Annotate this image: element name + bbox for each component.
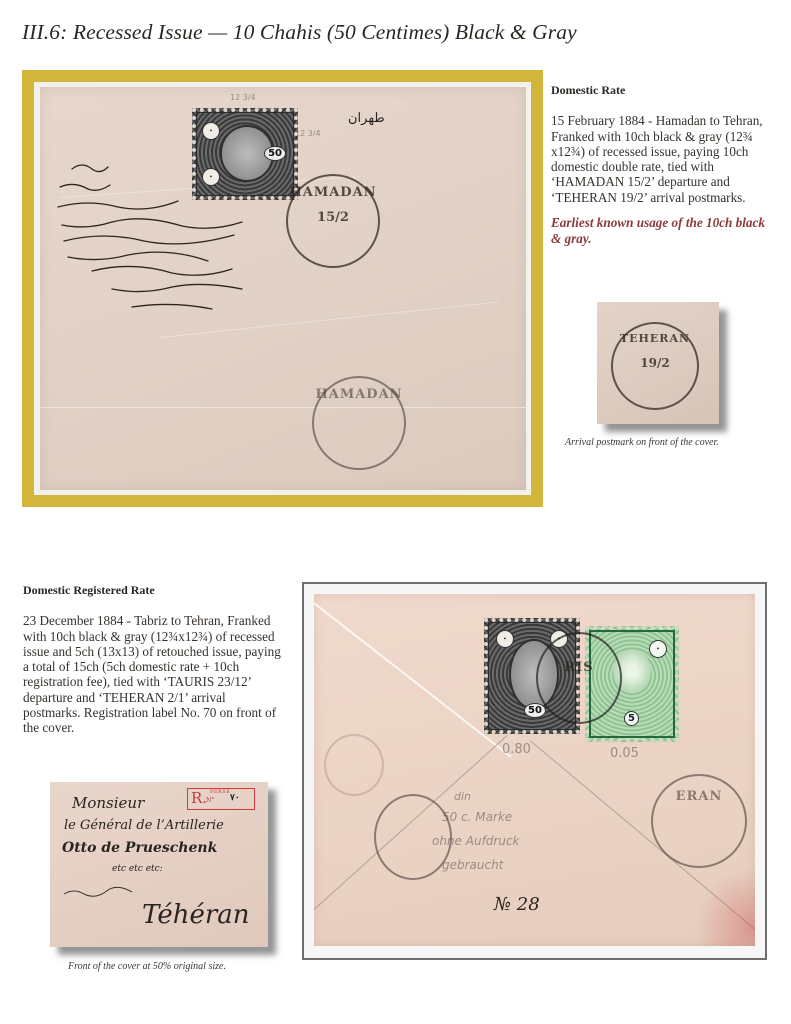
section-2-heading: Domestic Registered Rate [23,583,283,598]
registration-label: R. PERSE N° ٧٠ [187,788,255,810]
fold-line [40,407,526,408]
arrival-postmark-caption: Arrival postmark on front of the cover. [565,437,719,448]
postmark-teheran-arrival: ERAN [651,774,747,868]
arrival-postmark-detail: TEHERAN 19/2 [597,302,719,424]
front-cover-caption: Front of the cover at 50% original size. [68,961,226,972]
cover-2-image: • • 50 • 5 0.80 0.05 RIS ERAN din 50 c. … [314,594,755,946]
postmark-ghost [324,734,384,796]
flap-note-line: ohne Aufdruck [432,834,520,848]
stamp-value: 5 [624,711,639,726]
postmark-hamadan-backstamp: HAMADAN [312,376,406,470]
page-title: III.6: Recessed Issue — 10 Chahis (50 Ce… [22,20,577,45]
stamp-corner: • [202,122,220,140]
cover-2-frame: • • 50 • 5 0.80 0.05 RIS ERAN din 50 c. … [302,582,767,960]
address-line: Monsieur [72,794,144,812]
postmark-tauris-departure: RIS [536,632,622,724]
perf-note: 12 3/4 [230,93,256,102]
cover-1-image: 12 3/4 12 3/4 • • 50 طهران [40,87,526,490]
section-2-description: Domestic Registered Rate 23 December 188… [23,583,283,736]
section-1-body: 15 February 1884 - Hamadan to Tehran, Fr… [551,113,776,205]
pencil-price: 0.80 [502,742,531,757]
red-wax-stain [695,866,755,946]
flap-note-line: din [454,790,471,803]
docket-number: № 28 [494,894,540,915]
persian-handwriting [52,157,282,322]
persian-notation [60,878,140,908]
address-line: Otto de Prueschenk [62,840,217,856]
cover-1-frame: 12 3/4 12 3/4 • • 50 طهران [22,70,543,507]
registered-cover-front: R. PERSE N° ٧٠ Monsieur le Général de l’… [50,782,268,947]
flap-note-line: gebraucht [442,858,503,872]
section-2-body: 23 December 1884 - Tabriz to Tehran, Fra… [23,613,283,735]
flap-note-line: 50 c. Marke [442,810,512,824]
stamp-value: 50 [524,703,546,718]
address-persian: طهران [348,111,385,126]
section-1-highlight: Earliest known usage of the 10ch black &… [551,215,776,246]
stamp-corner: • [496,630,514,648]
stamp-corner: • [649,640,667,658]
postmark-hamadan-departure: HAMADAN 15/2 [286,174,380,268]
pencil-price: 0.05 [610,746,639,761]
perf-note: 12 3/4 [295,129,321,138]
flap-crease [314,602,511,757]
address-line: le Général de l’Artillerie [64,818,224,833]
section-1-heading: Domestic Rate [551,83,776,98]
section-1-description: Domestic Rate 15 February 1884 - Hamadan… [551,83,776,246]
address-line: Téhéran [142,900,250,930]
address-line: etc etc etc: [112,864,163,874]
postmark-teheran-arrival: TEHERAN 19/2 [611,322,699,410]
